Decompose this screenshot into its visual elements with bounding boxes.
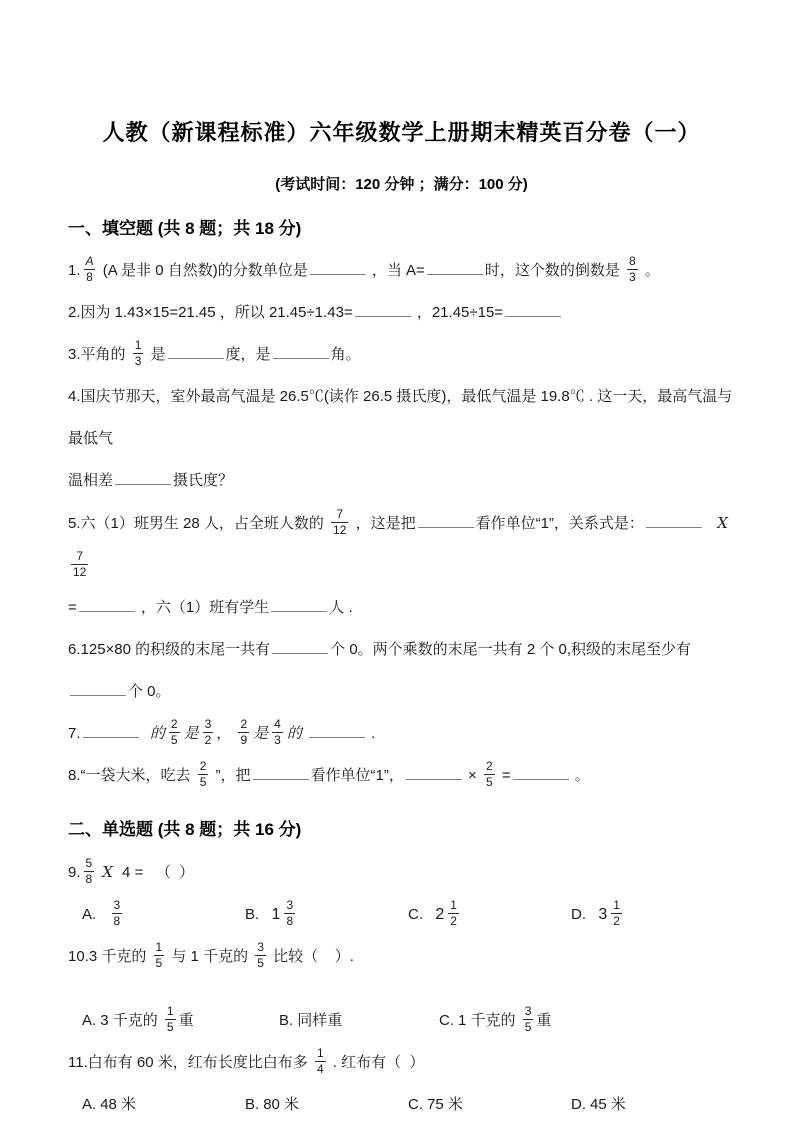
fraction-denominator: 3 xyxy=(627,269,638,284)
text-run: 温相差 xyxy=(68,472,113,489)
fill-in-blank xyxy=(513,766,569,780)
fraction-numerator: 2 xyxy=(484,760,495,774)
fill-in-blank xyxy=(273,345,329,359)
fraction-numerator: 1 xyxy=(315,1047,326,1061)
fill-in-blank xyxy=(310,261,366,275)
options-row: A.3 千克的 15重B.同样重C.1 千克的 35重 xyxy=(82,1000,735,1042)
text-run: 3.平角的 xyxy=(68,346,130,363)
mixed-number: 138 xyxy=(272,901,299,929)
options-row: A.48 米B.80 米C.75 米D.45 米 xyxy=(82,1084,735,1122)
option-item: A.48 米 xyxy=(82,1084,245,1122)
section-heading: 二、单选题 (共 8 题；共 16 分) xyxy=(68,809,735,851)
fraction: 25 xyxy=(169,718,180,746)
text-run: . 红布有（ ） xyxy=(329,1054,425,1071)
fill-in-blank xyxy=(427,261,483,275)
text-run: 摄氏度？ xyxy=(173,472,233,489)
text-run: = xyxy=(498,767,511,784)
question-line: = ，六（1）班有学生人 . xyxy=(68,587,735,629)
option-label: A. xyxy=(82,1084,96,1122)
fraction-numerator: 1 xyxy=(154,941,165,955)
mixed-number: 212 xyxy=(435,901,462,929)
handwritten-char: 是 xyxy=(253,725,268,742)
fraction-numerator: 3 xyxy=(112,899,123,913)
fraction: 12 xyxy=(448,899,459,927)
text-run: 45 米 xyxy=(590,1084,626,1122)
text-run: 9. xyxy=(68,864,81,881)
text-run: ”，把 xyxy=(211,767,250,784)
fraction: 25 xyxy=(198,760,209,788)
fraction-numerator: 3 xyxy=(523,1005,534,1019)
question-line: 温相差摄氏度？ xyxy=(68,460,735,502)
fraction-numerator: 7 xyxy=(74,550,85,564)
option-item: C. 212 xyxy=(408,894,571,936)
fraction-numerator: 8 xyxy=(627,255,638,269)
fraction-numerator: 1 xyxy=(133,339,144,353)
fill-in-blank xyxy=(70,682,126,696)
text-run: 75 米 xyxy=(427,1084,463,1122)
question: 5.六（1）班男生 28 人，占全班人数的 712 ，这是把看作单位“1”，关系… xyxy=(68,502,735,629)
fraction-denominator: 2 xyxy=(203,732,214,747)
fraction-denominator: 2 xyxy=(448,913,459,928)
fraction-denominator: 3 xyxy=(272,732,283,747)
fraction-numerator: 2 xyxy=(238,718,249,732)
fraction-denominator: 5 xyxy=(484,774,495,789)
text-run: 8.“一袋大米，吃去 xyxy=(68,767,195,784)
option-item: A. 38 xyxy=(82,894,245,936)
text-run: = xyxy=(68,599,77,616)
text-run: ，这是把 xyxy=(351,515,415,532)
fill-in-blank xyxy=(272,640,328,654)
whole-part: 2 xyxy=(435,907,444,923)
question: 3.平角的 13 是度，是角。 xyxy=(68,334,735,376)
text-run: ， xyxy=(216,725,235,742)
fill-in-blank xyxy=(406,766,462,780)
fraction-denominator: 8 xyxy=(84,871,95,886)
section-1: 一、填空题 (共 8 题；共 18 分)1.A8 (A 是非 0 自然数)的分数… xyxy=(68,208,735,797)
question-line: 4.国庆节那天，室外最高气温是 26.5℃(读作 26.5 摄氏度)，最低气温是… xyxy=(68,376,735,460)
fraction: 35 xyxy=(255,941,266,969)
fraction-numerator: 2 xyxy=(169,718,180,732)
text-run: 11.白布有 60 米，红布长度比白布多 xyxy=(68,1054,312,1071)
fraction: A8 xyxy=(84,255,96,283)
text-run: 2.因为 1.43×15=21.45 ，所以 21.45÷1.43= xyxy=(68,304,353,321)
exam-info: (考试时间：120 分钟 ；满分：100 分) xyxy=(68,174,735,196)
option-label: A. xyxy=(82,894,96,936)
text-run: 1 千克的 xyxy=(458,1000,520,1042)
fraction-denominator: 3 xyxy=(133,353,144,368)
fill-in-blank xyxy=(168,345,224,359)
text-run xyxy=(263,894,271,936)
question-line: 1.A8 (A 是非 0 自然数)的分数单位是 ，当 A=时，这个数的倒数是 8… xyxy=(68,250,735,292)
fill-in-blank xyxy=(271,598,327,612)
text-run xyxy=(427,894,435,936)
fraction-numerator: 1 xyxy=(165,1005,176,1019)
text-run: 3 千克的 xyxy=(100,1000,162,1042)
fraction-denominator: 5 xyxy=(198,774,209,789)
question: 2.因为 1.43×15=21.45 ，所以 21.45÷1.43= ，21.4… xyxy=(68,292,735,334)
option-item: C.75 米 xyxy=(408,1084,571,1122)
whole-part: 3 xyxy=(598,907,607,923)
fill-in-blank xyxy=(115,471,171,485)
page-title: 人教（新课程标准）六年级数学上册期末精英百分卷（一） xyxy=(68,118,735,148)
mixed-number: 312 xyxy=(598,901,625,929)
option-label: A. xyxy=(82,1000,96,1042)
option-item: B.80 米 xyxy=(245,1084,408,1122)
option-label: C. xyxy=(408,1084,423,1122)
option-label: C. xyxy=(408,894,423,936)
question-line: 10.3 千克的 15 与 1 千克的 35 比较（ ）. xyxy=(68,936,735,978)
fraction-numerator: 5 xyxy=(84,857,95,871)
fraction: 32 xyxy=(203,718,214,746)
question: 6.125×80 的积级的末尾一共有个 0。两个乘数的末尾一共有 2 个 0,积… xyxy=(68,629,735,713)
fraction: 38 xyxy=(112,899,123,927)
text-run: 人 . xyxy=(329,599,352,616)
text-run: 同样重 xyxy=(297,1000,342,1042)
fraction-denominator: 5 xyxy=(165,1019,176,1034)
fraction: 15 xyxy=(165,1005,176,1033)
fraction-numerator: 1 xyxy=(448,899,459,913)
fraction-numerator: 3 xyxy=(203,718,214,732)
question: 10.3 千克的 15 与 1 千克的 35 比较（ ）.A.3 千克的 15重… xyxy=(68,936,735,1042)
option-item: D.45 米 xyxy=(571,1084,734,1122)
options-row: A. 38B. 138C. 212D. 312 xyxy=(82,894,735,936)
exam-paper-page: 人教（新课程标准）六年级数学上册期末精英百分卷（一） (考试时间：120 分钟 … xyxy=(0,0,793,1122)
fraction: 58 xyxy=(84,857,95,885)
fill-in-blank xyxy=(83,724,139,738)
fraction: 712 xyxy=(331,508,348,536)
fraction-denominator: 8 xyxy=(284,913,295,928)
fraction-denominator: 12 xyxy=(71,564,88,579)
fraction-denominator: 8 xyxy=(84,269,95,284)
text-run: 1. xyxy=(68,262,81,279)
fraction: 15 xyxy=(154,941,165,969)
fraction-denominator: 5 xyxy=(169,732,180,747)
text-run: 80 米 xyxy=(263,1084,299,1122)
text-run: 4.国庆节那天，室外最高气温是 26.5℃(读作 26.5 摄氏度)，最低气温是… xyxy=(68,388,732,447)
text-run: . xyxy=(367,725,375,742)
fraction: 29 xyxy=(238,718,249,746)
fill-in-blank xyxy=(646,514,702,528)
option-item: D. 312 xyxy=(571,894,734,936)
question: 1.A8 (A 是非 0 自然数)的分数单位是 ，当 A=时，这个数的倒数是 8… xyxy=(68,250,735,292)
fraction-numerator: 3 xyxy=(255,941,266,955)
option-label: B. xyxy=(245,1084,259,1122)
text-run xyxy=(704,515,712,532)
text-run: 个 0。两个乘数的末尾一共有 2 个 0,积级的末尾至少有 xyxy=(330,641,691,658)
text-run: ，当 A= xyxy=(368,262,425,279)
text-run: 个 0。 xyxy=(128,683,171,700)
fraction-numerator: A xyxy=(84,255,96,269)
text-run: 。 xyxy=(571,767,590,784)
text-run: 与 1 千克的 xyxy=(167,948,252,965)
text-run: (A 是非 0 自然数)的分数单位是 xyxy=(99,262,308,279)
fraction-denominator: 5 xyxy=(255,955,266,970)
text-run: 6.125×80 的积级的末尾一共有 xyxy=(68,641,270,658)
option-item: B.同样重 xyxy=(279,1000,439,1042)
option-item: B. 138 xyxy=(245,894,408,936)
fraction-denominator: 12 xyxy=(331,522,348,537)
fraction-denominator: 4 xyxy=(315,1061,326,1076)
question-line: 9.58X 4 = （ ） xyxy=(68,851,735,894)
option-label: C. xyxy=(439,1000,454,1042)
fraction-numerator: 3 xyxy=(284,899,295,913)
text-run xyxy=(303,725,307,742)
text-run: 10.3 千克的 xyxy=(68,948,151,965)
option-label: D. xyxy=(571,1084,586,1122)
multiply-sign: X xyxy=(717,514,728,532)
fill-in-blank xyxy=(309,724,365,738)
fill-in-blank xyxy=(505,303,561,317)
option-item: C.1 千克的 35重 xyxy=(439,1000,551,1042)
fraction-denominator: 5 xyxy=(154,955,165,970)
text-run xyxy=(141,725,149,742)
handwritten-char: 的 xyxy=(150,725,165,742)
fill-in-blank xyxy=(418,514,474,528)
fill-in-blank xyxy=(355,303,411,317)
fraction-numerator: 1 xyxy=(611,899,622,913)
question-line: 3.平角的 13 是度，是角。 xyxy=(68,334,735,376)
text-run: 重 xyxy=(536,1000,551,1042)
section-2: 二、单选题 (共 8 题；共 16 分)9.58X 4 = （ ）A. 38B.… xyxy=(68,809,735,1122)
text-run: 角。 xyxy=(331,346,361,363)
text-run: ，21.45÷15= xyxy=(413,304,503,321)
fraction: 12 xyxy=(611,899,622,927)
fraction-denominator: 5 xyxy=(523,1019,534,1034)
text-run xyxy=(590,894,598,936)
text-run: ，六（1）班有学生 xyxy=(137,599,270,616)
fraction: 35 xyxy=(523,1005,534,1033)
text-run: 度，是 xyxy=(226,346,271,363)
fraction: 25 xyxy=(484,760,495,788)
multiply-sign: X xyxy=(102,863,113,881)
question-line: 2.因为 1.43×15=21.45 ，所以 21.45÷1.43= ，21.4… xyxy=(68,292,735,334)
question: 7. 的25是32， 29是43的 . xyxy=(68,713,735,755)
handwritten-char: 的 xyxy=(287,725,302,742)
text-run: 4 = （ ） xyxy=(118,864,194,881)
handwritten-char: 是 xyxy=(184,725,199,742)
fraction-numerator: 2 xyxy=(198,760,209,774)
text-run: 5.六（1）班男生 28 人，占全班人数的 xyxy=(68,515,328,532)
text-run: 重 xyxy=(179,1000,194,1042)
fraction: 14 xyxy=(315,1047,326,1075)
text-run: × xyxy=(464,767,481,784)
fraction-denominator: 9 xyxy=(238,732,249,747)
fraction-numerator: 4 xyxy=(272,718,283,732)
text-run xyxy=(100,894,108,936)
question: 11.白布有 60 米，红布长度比白布多 14 . 红布有（ ）A.48 米B.… xyxy=(68,1042,735,1122)
text-run: 看作单位“1”， xyxy=(311,767,404,784)
text-run: 48 米 xyxy=(100,1084,136,1122)
fraction: 13 xyxy=(133,339,144,367)
question: 8.“一袋大米，吃去 25 ”，把看作单位“1”， × 25 = 。 xyxy=(68,755,735,797)
option-label: B. xyxy=(245,894,259,936)
text-run: 时，这个数的倒数是 xyxy=(485,262,624,279)
text-run: 。 xyxy=(641,262,660,279)
fill-in-blank xyxy=(79,598,135,612)
fraction: 38 xyxy=(284,899,295,927)
fraction: 83 xyxy=(627,255,638,283)
fraction-denominator: 2 xyxy=(611,913,622,928)
section-heading: 一、填空题 (共 8 题；共 18 分) xyxy=(68,208,735,250)
option-item: A.3 千克的 15重 xyxy=(82,1000,279,1042)
option-label: D. xyxy=(571,894,586,936)
question-line: 6.125×80 的积级的末尾一共有个 0。两个乘数的末尾一共有 2 个 0,积… xyxy=(68,629,735,713)
text-run: 比较（ ）. xyxy=(269,948,354,965)
question: 9.58X 4 = （ ）A. 38B. 138C. 212D. 312 xyxy=(68,851,735,936)
question-line: 7. 的25是32， 29是43的 . xyxy=(68,713,735,755)
fill-in-blank xyxy=(253,766,309,780)
question-line: 5.六（1）班男生 28 人，占全班人数的 712 ，这是把看作单位“1”，关系… xyxy=(68,502,735,587)
question-line: 8.“一袋大米，吃去 25 ”，把看作单位“1”， × 25 = 。 xyxy=(68,755,735,797)
fraction: 712 xyxy=(71,550,88,578)
text-run: 7. xyxy=(68,725,81,742)
exam-sections: 一、填空题 (共 8 题；共 18 分)1.A8 (A 是非 0 自然数)的分数… xyxy=(68,208,735,1122)
question: 4.国庆节那天，室外最高气温是 26.5℃(读作 26.5 摄氏度)，最低气温是… xyxy=(68,376,735,502)
text-run: 是 xyxy=(146,346,165,363)
fraction: 43 xyxy=(272,718,283,746)
question-line: 11.白布有 60 米，红布长度比白布多 14 . 红布有（ ） xyxy=(68,1042,735,1084)
text-run: 看作单位“1”，关系式是： xyxy=(476,515,644,532)
fraction-numerator: 7 xyxy=(334,508,345,522)
option-label: B. xyxy=(279,1000,293,1042)
fraction-denominator: 8 xyxy=(112,913,123,928)
whole-part: 1 xyxy=(272,907,281,923)
